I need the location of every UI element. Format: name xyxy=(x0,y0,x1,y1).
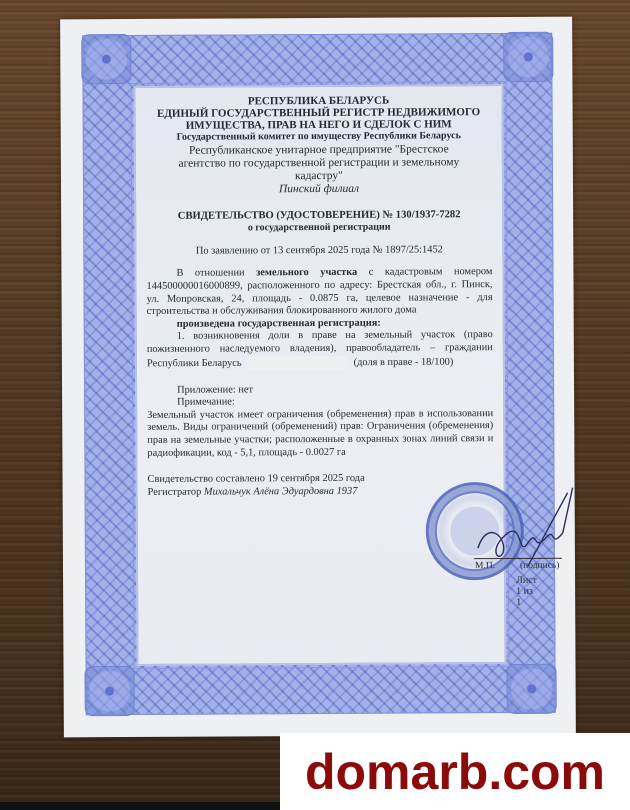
object-description: В отношении земельного участка с кадастр… xyxy=(146,266,492,318)
certificate-subtitle: о государственной регистрации xyxy=(146,221,492,235)
corner-ornament-icon xyxy=(81,34,131,84)
object-type: земельного участка xyxy=(256,267,357,279)
stamp-label: М.П. xyxy=(475,561,495,571)
registrar-name: Михальчук Алёна Эдуардовна 1937 xyxy=(204,485,358,497)
guilloche-border: РЕСПУБЛИКА БЕЛАРУСЬ ЕДИНЫЙ ГОСУДАРСТВЕНН… xyxy=(82,33,556,715)
corner-ornament-icon xyxy=(507,664,557,714)
signature-label: (подпись) xyxy=(520,561,560,571)
application-reference: По заявлению от 13 сентября 2025 года № … xyxy=(146,244,492,258)
object-intro: В отношении xyxy=(176,268,256,279)
signature-icon xyxy=(468,478,578,569)
sheet-number: Лист 1 из 1 xyxy=(516,575,537,608)
certificate-content: РЕСПУБЛИКА БЕЛАРУСЬ ЕДИНЫЙ ГОСУДАРСТВЕНН… xyxy=(146,94,494,499)
corner-ornament-icon xyxy=(85,666,135,716)
redacted-owner-name xyxy=(248,355,348,370)
corner-ornament-icon xyxy=(503,32,553,82)
registration-item: 1. возникновения доли в праве на земельн… xyxy=(147,329,493,370)
share-fraction: (доля в праве - 18/100) xyxy=(354,356,454,368)
header-enterprise-line2: агентство по государственной регистрации… xyxy=(146,156,492,171)
certificate-title: СВИДЕТЕЛЬСТВО (УДОСТОВЕРЕНИЕ) № 130/1937… xyxy=(146,209,492,223)
registrar-label: Регистратор xyxy=(148,486,204,497)
header-enterprise-line1: Республиканское унитарное предприятие "Б… xyxy=(146,143,492,158)
watermark-text: domarb.com xyxy=(305,743,605,801)
watermark-banner: domarb.com xyxy=(280,733,630,810)
certificate-body: РЕСПУБЛИКА БЕЛАРУСЬ ЕДИНЫЙ ГОСУДАРСТВЕНН… xyxy=(133,84,506,666)
header-branch: Пинский филиал xyxy=(146,182,492,197)
header-committee: Государственный комитет по имуществу Рес… xyxy=(146,130,492,144)
certificate-paper: РЕСПУБЛИКА БЕЛАРУСЬ ЕДИНЫЙ ГОСУДАРСТВЕНН… xyxy=(60,17,576,738)
note-text: Земельный участок имеет ограничения (обр… xyxy=(147,408,493,460)
